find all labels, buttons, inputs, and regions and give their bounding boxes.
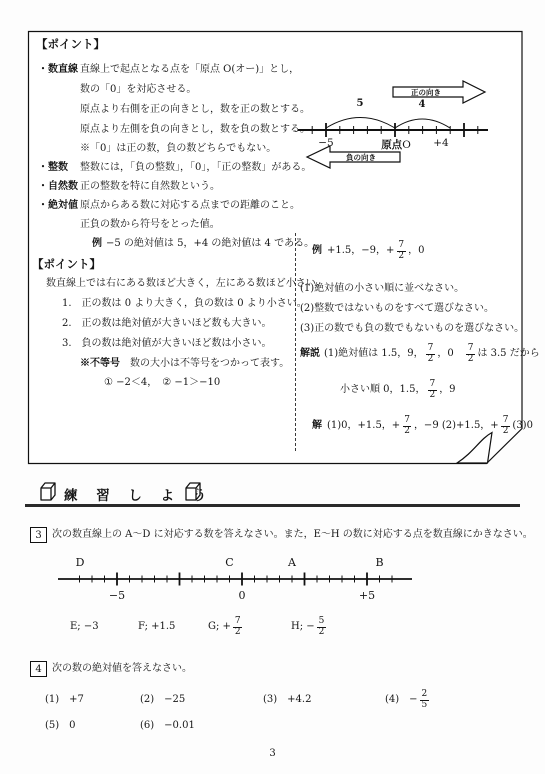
cube-icon <box>183 481 203 503</box>
section-rule <box>25 504 520 507</box>
term-zettaichi-line1: 原点からある数に対応する点までの距離のこと。 <box>80 200 300 213</box>
term-shizensuu-line1: 正の整数を特に自然数という。 <box>80 181 220 194</box>
point2-note: ※不等号 数の大小は不等号をつかって表す。 <box>80 358 289 371</box>
problem4-item3: (3) +4.2 <box>263 686 311 714</box>
arc-left-label: 5 <box>357 98 364 109</box>
term-suuchokusen-line1: 直線上で起点となる点を「原点 O(オー)」とし， <box>80 64 299 77</box>
example-label: 例 <box>312 245 322 258</box>
term-suuchokusen-line2: 数の「0」を対応させる。 <box>80 84 196 97</box>
problem4-item1: (1) +7 <box>45 686 84 714</box>
fraction-7-2: 72 <box>466 344 475 364</box>
origin-kanji: 原点 <box>381 139 402 151</box>
example-nums-1: +1.5，−9，+ <box>327 245 394 258</box>
diagram-label-origin: 原点O <box>367 137 425 152</box>
page-number: 3 <box>0 748 545 761</box>
problem4-number: 4 <box>30 661 47 677</box>
problem4-item2: (2) −25 <box>140 686 185 714</box>
point1-example-text: −5 の絶対値は 5，+4 の絶対値は 4 である。 <box>106 238 314 251</box>
worksheet-page: { "page": {"number": "3"}, "point1": { "… <box>0 0 545 774</box>
origin-o: O <box>402 139 411 151</box>
point2-rule2: 2. 正の数は絶対値が大きいほど数も大きい。 <box>62 318 272 331</box>
kaisetsu-label: 解説 <box>300 348 320 361</box>
term-seisuu-line1: 整数には，「負の整数」，「0」，「正の整数」がある。 <box>80 162 311 175</box>
fraction-7-2: 72 <box>397 241 406 261</box>
term-suuchokusen: ・数直線 <box>38 64 78 77</box>
fraction-7-2: 72 <box>426 344 435 364</box>
kai-label: 解 <box>312 420 322 433</box>
term-shizensuu: ・自然数 <box>38 181 78 194</box>
example-q2: (2)整数ではないものをすべて選びなさい。 <box>300 303 494 316</box>
point2-title: 【ポイント】 <box>32 256 101 272</box>
example-order: 小さい順 0，1.5， 72 ，9 <box>340 377 456 403</box>
problem3-item-h: H; − 52 <box>291 614 328 640</box>
diagram-label-minus5: −5 <box>314 137 338 149</box>
arc-right-label: 4 <box>419 99 426 110</box>
example-header: 例 +1.5，−9，+ 72 ，0 <box>312 238 425 264</box>
term-suuchokusen-line3: 原点より右側を正の向きとし，数を正の数とする。 <box>80 104 310 117</box>
problem4-item5: (5) 0 <box>45 720 76 733</box>
point2-note-label: ※不等号 <box>80 358 120 371</box>
positive-direction-label: 正の向き <box>411 87 441 97</box>
fraction-7-2: 72 <box>233 617 242 637</box>
axis-plus5-label: +5 <box>359 589 375 602</box>
problem3-item-e: E; −3 <box>70 614 99 640</box>
example-q1: (1)絶対値の小さい順に並べなさい。 <box>300 283 464 296</box>
column-divider <box>295 233 296 451</box>
point-d-label: D <box>76 556 85 569</box>
term-suuchokusen-line4: 原点より左側を負の向きとし，数を負の数とする。 <box>80 124 310 137</box>
problem4-item6: (6) −0.01 <box>140 720 195 733</box>
axis-minus5-label: −5 <box>109 589 125 602</box>
point1-example: 例 −5 の絶対値は 5，+4 の絶対値は 4 である。 <box>92 238 314 251</box>
point-a-label: A <box>287 556 297 569</box>
fraction-2-5: 25 <box>420 690 429 710</box>
fraction-7-2: 72 <box>428 380 437 400</box>
cube-icon <box>38 481 58 503</box>
fraction-7-2: 72 <box>403 416 412 436</box>
example-nums-2: ，0 <box>408 245 424 258</box>
term-zettaichi: ・絶対値 <box>38 200 78 213</box>
example-q3: (3)正の数でも負の数でもないものを選びなさい。 <box>300 323 524 336</box>
point-c-label: C <box>225 556 233 569</box>
point-b-label: B <box>375 556 383 569</box>
problem3-text: 次の数直線上の A～D に対応する数を答えなさい。また，E～H の数に対応する点… <box>52 529 533 542</box>
point2-rule3: 3. 負の数は絶対値が大きいほど数は小さい。 <box>62 338 272 351</box>
problem3-numberline: D C A B −5 0 +5 <box>40 550 430 606</box>
point2-note-text: 数の大小は不等号をつかって表す。 <box>120 358 289 371</box>
origin-numberline-diagram: 正の向き 5 4 負の向き <box>295 80 530 175</box>
example-kaisetsu: 解説 (1)絶対値は 1.5，9， 72 ，0 72 は 3.5 だから <box>300 341 540 367</box>
term-suuchokusen-line5: ※「0」は正の数，負の数どちらでもない。 <box>80 143 276 156</box>
axis-zero-label: 0 <box>239 589 246 602</box>
fraction-5-2: 52 <box>317 617 326 637</box>
problem4-text: 次の数の絶対値を答えなさい。 <box>52 663 192 676</box>
point1-example-label: 例 <box>92 238 102 251</box>
problem4-item4: (4) − 25 <box>385 686 431 714</box>
term-seisuu: ・整数 <box>38 162 68 175</box>
negative-direction-label: 負の向き <box>346 152 376 162</box>
example-answer: 解 (1)0，+1.5，+ 72 ，−9 (2)+1.5，+ 72 (3)0 <box>312 413 533 439</box>
point2-inequalities: ① −2＜4， ② −1＞−10 <box>104 377 220 390</box>
point2-rule1: 1. 正の数は 0 より大きく，負の数は 0 より小さい。 <box>62 298 307 311</box>
point1-title: 【ポイント】 <box>36 36 105 52</box>
term-zettaichi-line2: 正負の数から符号をとった値。 <box>80 219 220 232</box>
problem3-item-g: G; + 72 <box>208 614 245 640</box>
arc-left <box>326 118 395 129</box>
point2-intro: 数直線上では右にある数ほど大きく，左にある数ほど小さい。 <box>46 278 326 291</box>
diagram-label-plus4: +4 <box>429 137 453 149</box>
fraction-7-2: 72 <box>501 416 510 436</box>
problem3-item-f: F; +1.5 <box>138 614 175 640</box>
problem3-number: 3 <box>30 527 47 543</box>
